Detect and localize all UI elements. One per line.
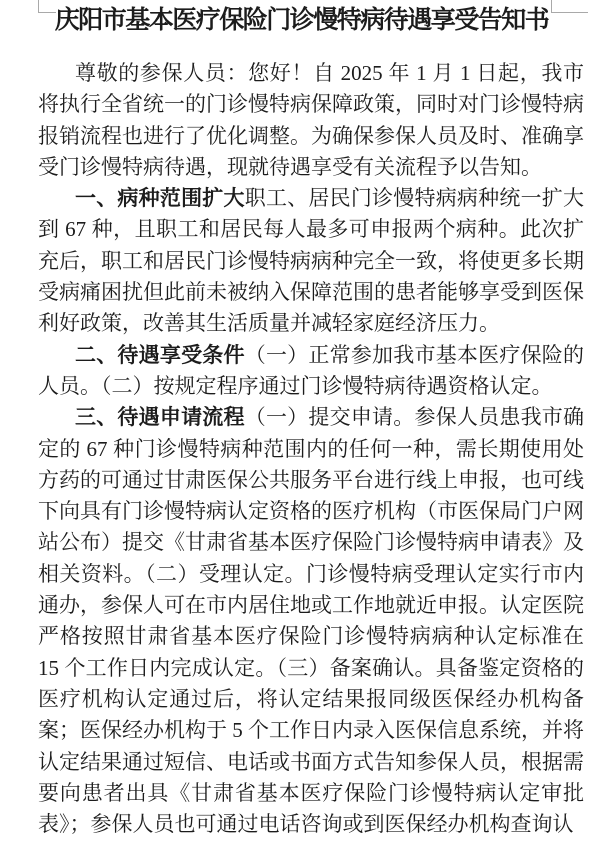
paragraph: 三、待遇申请流程（一）提交申请。参保人员患我市确定的 67 种门诊慢特病种范围内…	[38, 402, 584, 840]
section-heading-segment: 一、病种范围扩大	[75, 186, 245, 210]
section-heading-segment: 三、待遇申请流程	[75, 405, 245, 429]
document-title: 庆阳市基本医疗保险门诊慢特病待遇享受告知书	[0, 4, 603, 38]
paragraph: 二、待遇享受条件（一）正常参加我市基本医疗保险的人员。（二）按规定程序通过门诊慢…	[38, 340, 584, 403]
margin-mark-top-right	[551, 0, 588, 13]
section-heading-segment: 二、待遇享受条件	[75, 343, 245, 367]
paragraph: 一、病种范围扩大职工、居民门诊慢特病病种统一扩大到 67 种，且职工和居民每人最…	[38, 183, 584, 339]
document-page: 庆阳市基本医疗保险门诊慢特病待遇享受告知书 尊敬的参保人员：您好！自 2025 …	[0, 0, 603, 841]
text-segment: （一）提交申请。参保人员患我市确定的 67 种门诊慢特病种范围内的任何一种，需长…	[38, 405, 584, 836]
document-body: 尊敬的参保人员：您好！自 2025 年 1 月 1 日起，我市将执行全省统一的门…	[38, 58, 584, 840]
text-segment: 尊敬的参保人员：您好！自 2025 年 1 月 1 日起，我市将执行全省统一的门…	[38, 61, 584, 179]
paragraph: 尊敬的参保人员：您好！自 2025 年 1 月 1 日起，我市将执行全省统一的门…	[38, 58, 584, 183]
margin-mark-top-left	[38, 0, 56, 13]
